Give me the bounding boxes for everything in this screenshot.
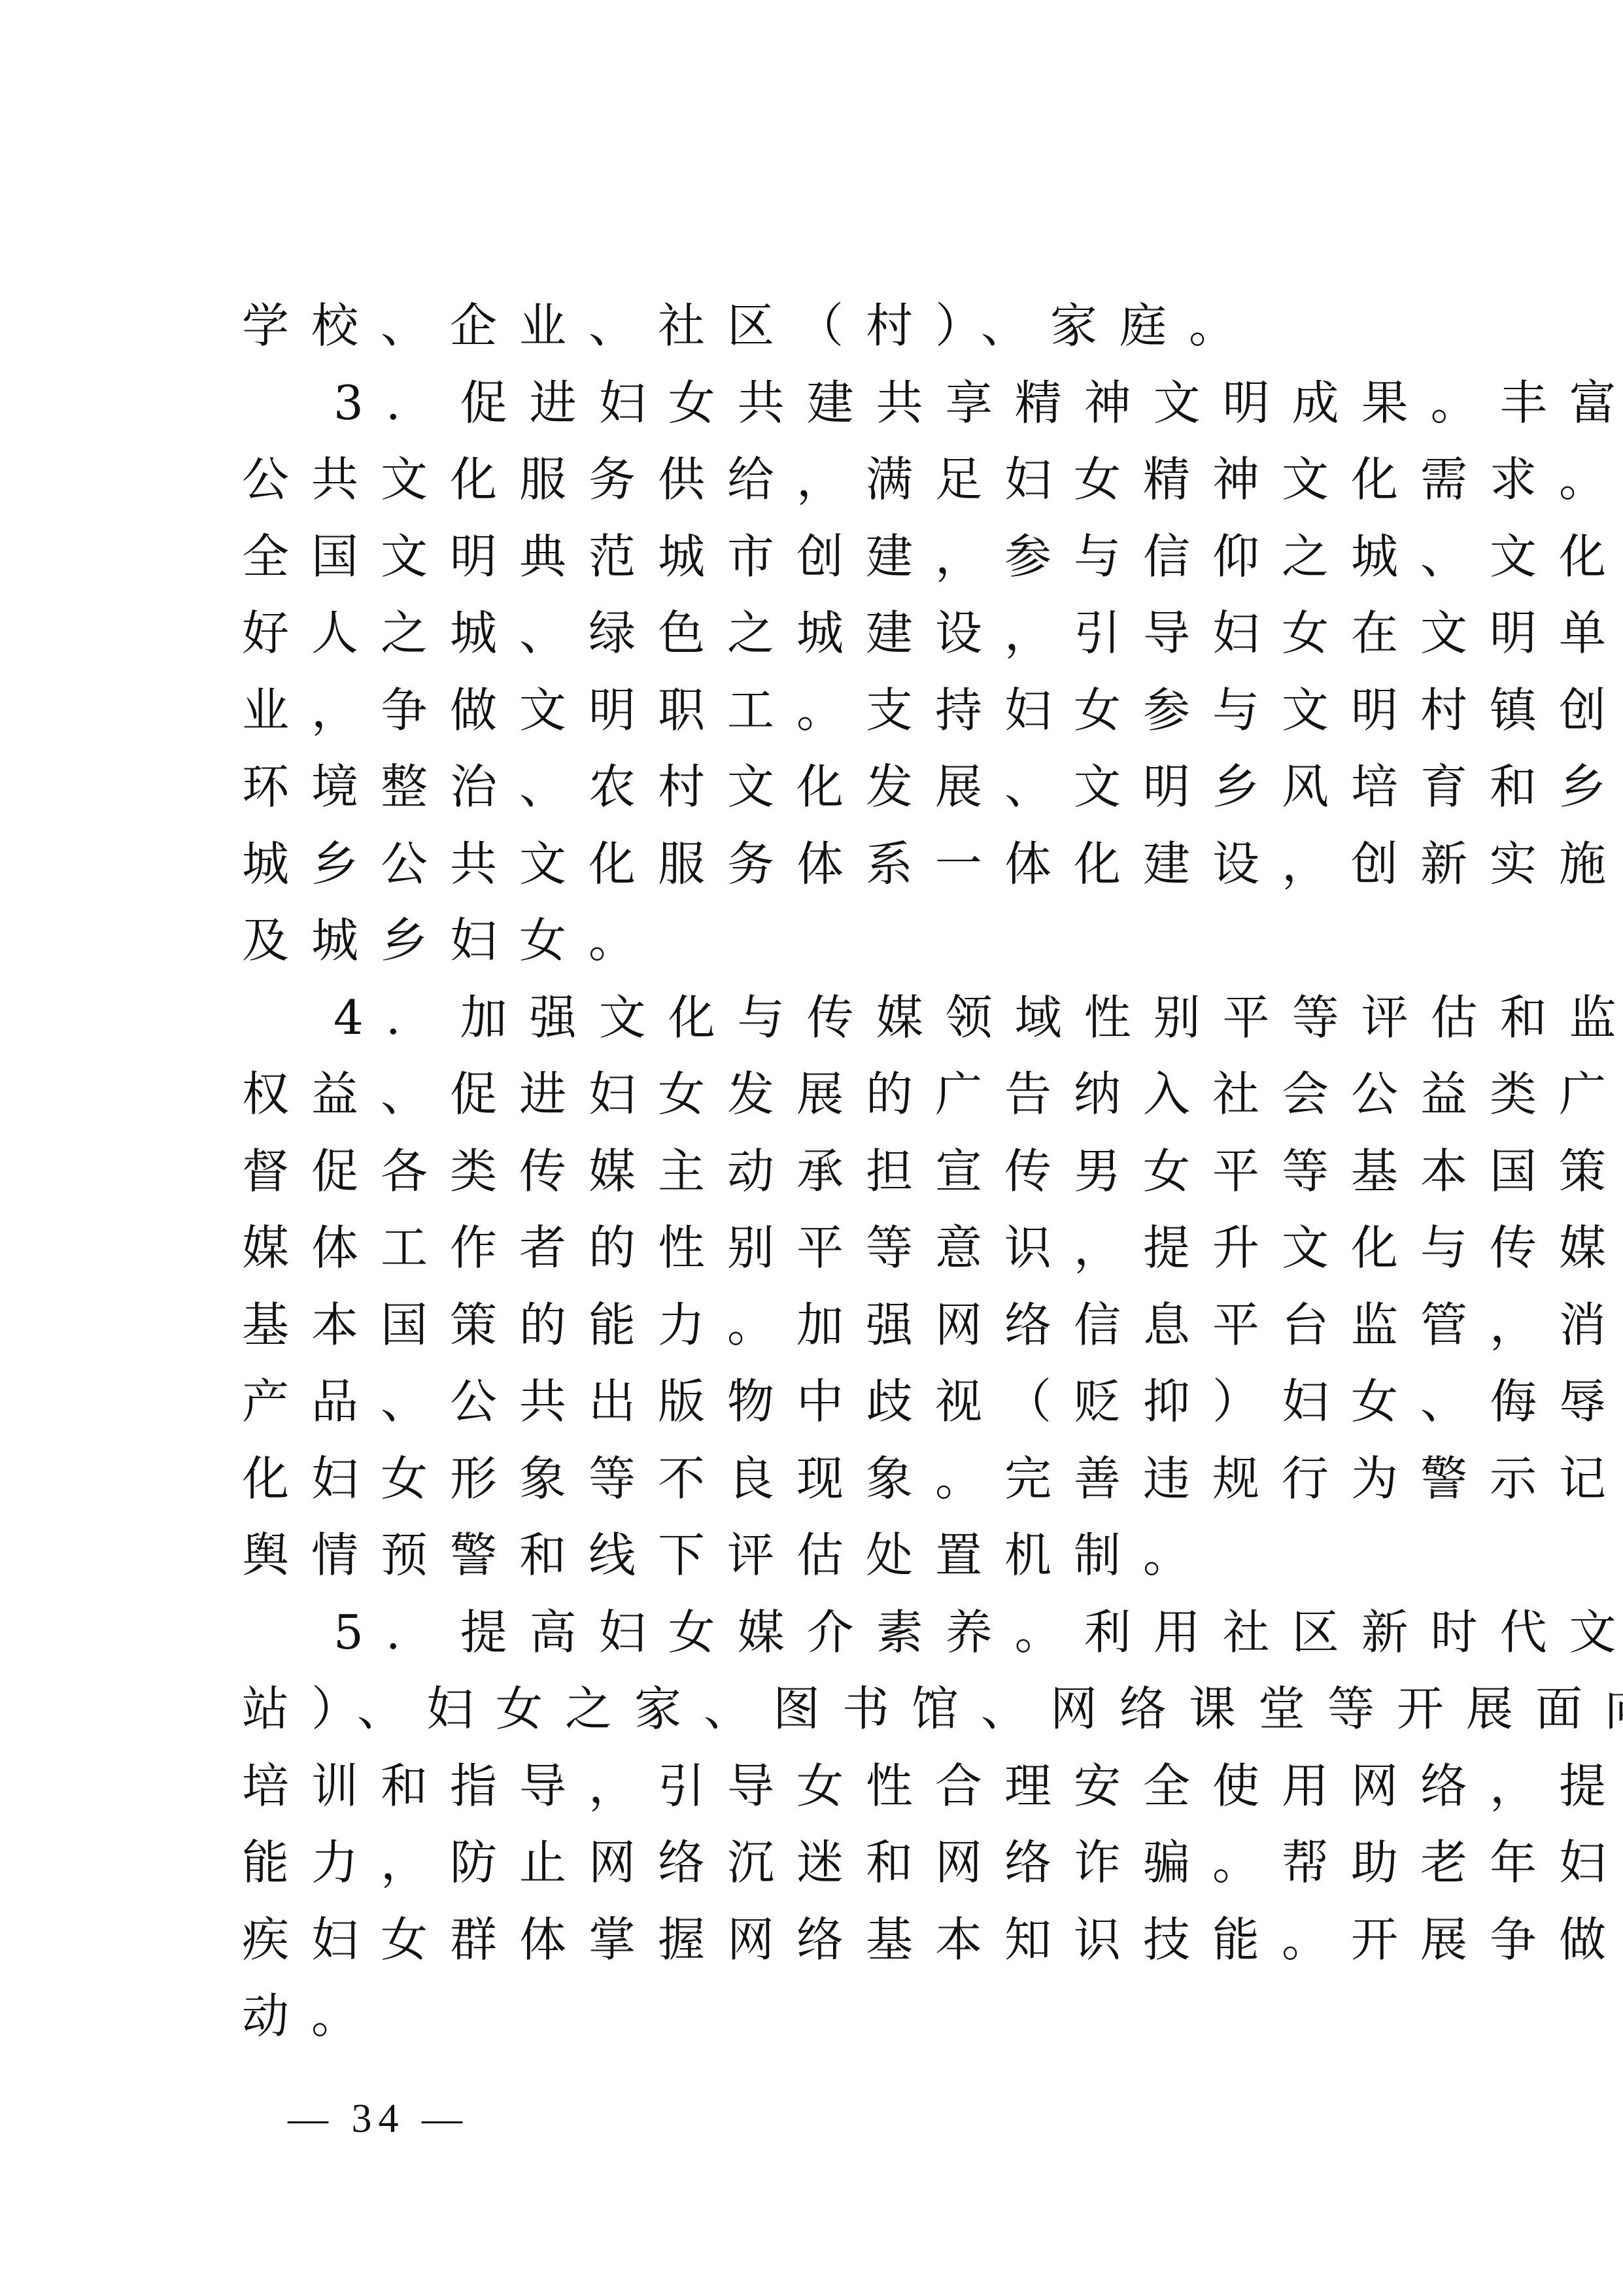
text-line: 公共文化服务供给，满足妇女精神文化需求。激励妇女积极参与 <box>242 441 1419 519</box>
text-line: 业，争做文明职工。支持妇女参与文明村镇创建，参与农村人居 <box>242 672 1419 749</box>
document-page-body: 学校、企业、社区（村）、家庭。 3. 促进妇女共建共享精神文明成果。丰富优秀文化… <box>242 288 1426 2055</box>
paragraph-continuation: 学校、企业、社区（村）、家庭。 <box>242 288 1426 365</box>
text-line: 权益、促进妇女发展的广告纳入社会公益类广告制作总体计划， <box>242 1056 1419 1133</box>
text-line: 能力，防止网络沉迷和网络诈骗。帮助老年妇女、困难妇女和残 <box>242 1825 1419 1902</box>
text-line: 环境整治、农村文化发展、文明乡风培育和乡村社会治理。推进 <box>242 749 1419 826</box>
text-line: 基本国策的能力。加强网络信息平台监管，消除网络媒体、影视 <box>242 1287 1419 1364</box>
text-line: 5. 提高妇女媒介素养。利用社区新时代文明实践中心（所、 <box>242 1594 1419 1671</box>
text-line: 产品、公共出版物中歧视（贬抑）妇女、侮辱妇女人格尊严、物 <box>242 1363 1419 1441</box>
page-number: — 34 — <box>288 2096 469 2142</box>
text-line: 全国文明典范城市创建，参与信仰之城、文化之城、志愿之城、 <box>242 519 1419 596</box>
text-line: 培训和指导，引导女性合理安全使用网络，提升网络安全意识和 <box>242 1748 1419 1825</box>
text-line: 督促各类传媒主动承担宣传男女平等基本国策的职责。增强文化 <box>242 1133 1419 1210</box>
text-line: 舆情预警和线下评估处置机制。 <box>242 1517 1419 1594</box>
text-line: 城乡公共文化服务体系一体化建设，创新实施文化惠民工程，惠 <box>242 826 1419 903</box>
paragraph-item-5: 5. 提高妇女媒介素养。利用社区新时代文明实践中心（所、 站）、妇女之家、图书馆… <box>242 1594 1426 2055</box>
text-line: 媒体工作者的性别平等意识，提升文化与传媒领域传播男女平等 <box>242 1210 1419 1287</box>
paragraph-item-4: 4. 加强文化与传媒领域性别平等评估和监管。将维护妇女 权益、促进妇女发展的广告… <box>242 980 1426 1594</box>
text-line: 3. 促进妇女共建共享精神文明成果。丰富优秀文化产品和 <box>242 365 1419 442</box>
text-line: 站）、妇女之家、图书馆、网络课堂等开展面向妇女的媒介素养 <box>242 1671 1419 1748</box>
text-line: 动。 <box>242 1978 1419 2055</box>
paragraph-item-3: 3. 促进妇女共建共享精神文明成果。丰富优秀文化产品和 公共文化服务供给，满足妇… <box>242 365 1426 980</box>
text-line: 学校、企业、社区（村）、家庭。 <box>242 288 1419 365</box>
text-line: 4. 加强文化与传媒领域性别平等评估和监管。将维护妇女 <box>242 980 1419 1057</box>
text-line: 疾妇女群体掌握网络基本知识技能。开展争做“巾帼好网民”活 <box>242 1902 1419 1979</box>
text-line: 好人之城、绿色之城建设，引导妇女在文明单位创建中爱岗敬 <box>242 595 1419 672</box>
text-line: 及城乡妇女。 <box>242 902 1419 980</box>
text-line: 化妇女形象等不良现象。完善违规行为警示记录系统，优化线上 <box>242 1441 1419 1518</box>
